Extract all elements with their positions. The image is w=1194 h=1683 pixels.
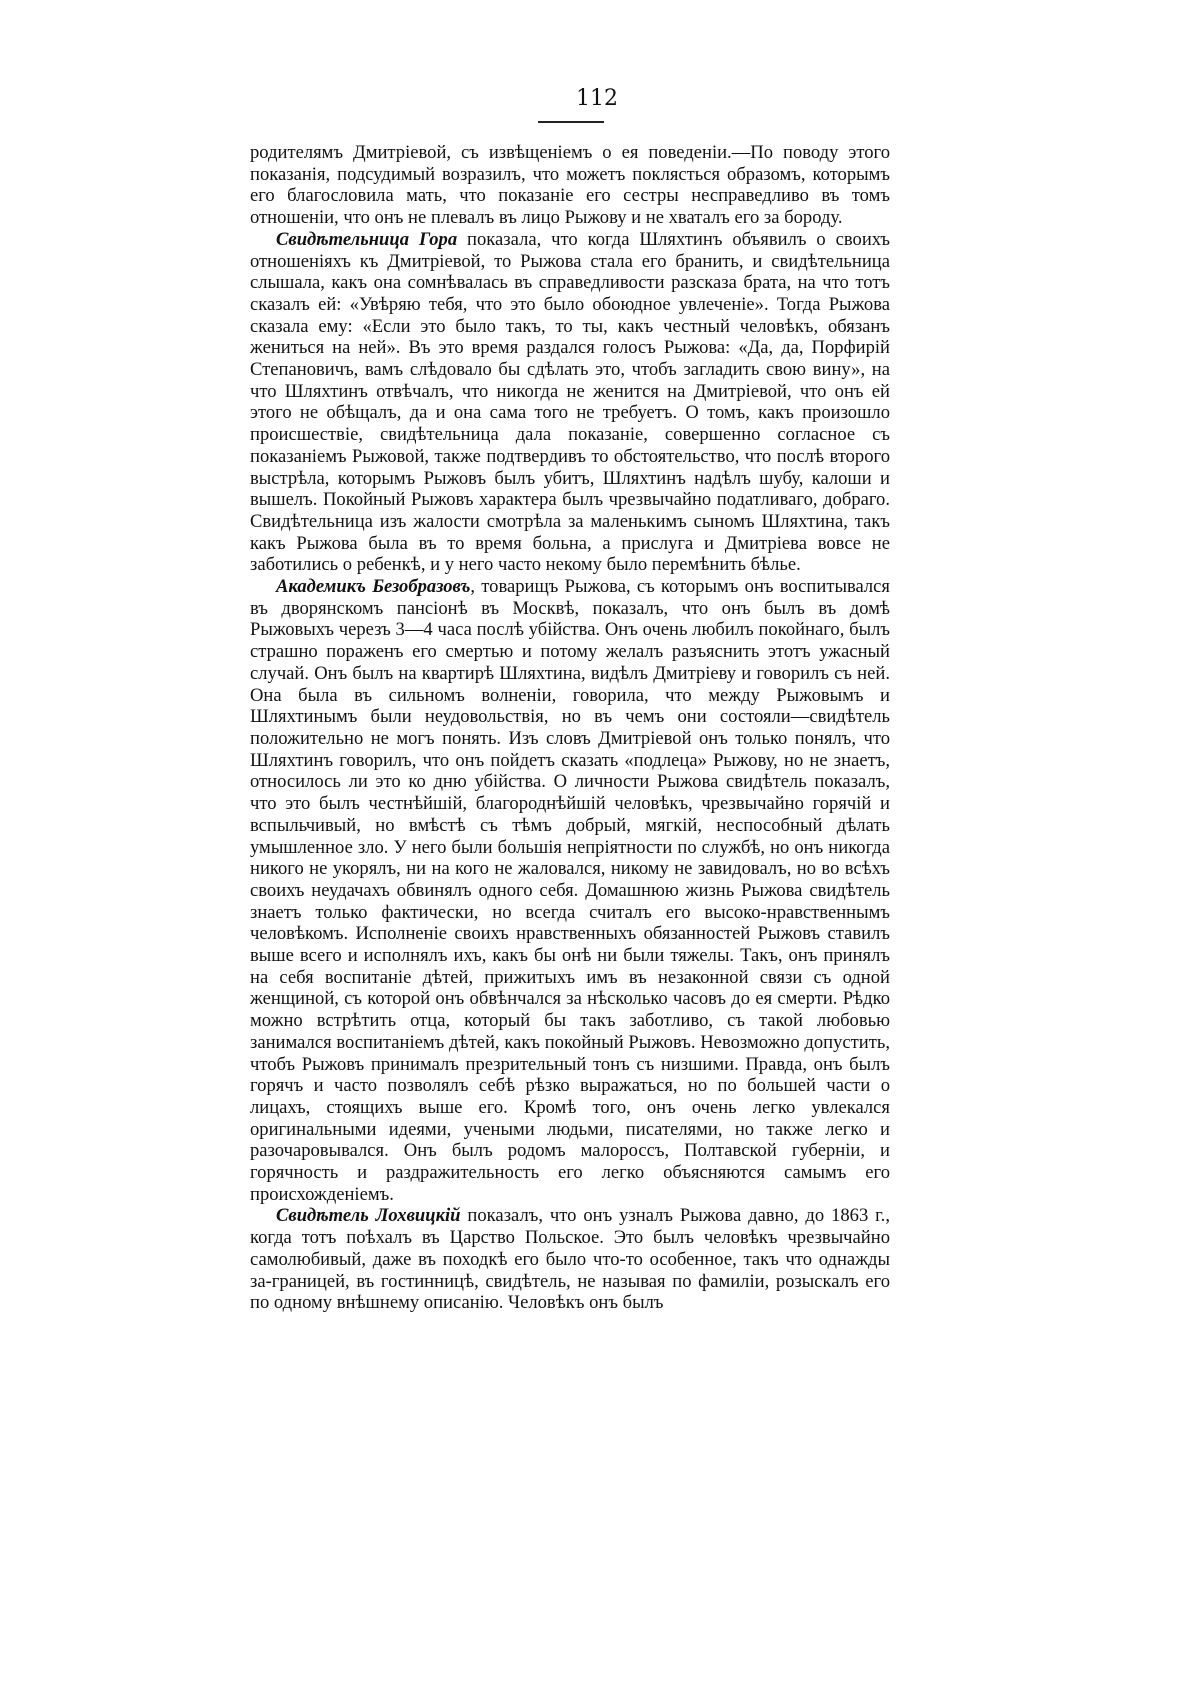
paragraph-2: Свидѣтельница Гора показала, что когда Ш… bbox=[250, 229, 890, 576]
paragraph-text: показала, что когда Шляхтинъ объявилъ о … bbox=[250, 229, 890, 576]
paragraph-text: , товарищъ Рыжова, съ которымъ онъ воспи… bbox=[250, 576, 890, 1205]
paragraph-1: родителямъ Дмитріевой, съ извѣщеніемъ о … bbox=[250, 142, 890, 229]
witness-name: Свидѣтельница Гора bbox=[276, 229, 457, 250]
paragraph-text: родителямъ Дмитріевой, съ извѣщеніемъ о … bbox=[250, 142, 890, 228]
witness-name: Академикъ Безобразовъ bbox=[276, 576, 470, 597]
page-number: 112 bbox=[0, 86, 1194, 111]
witness-name: Свидѣтель Лохвицкій bbox=[276, 1205, 461, 1226]
page-number-rule bbox=[538, 121, 604, 123]
paragraph-3: Академикъ Безобразовъ, товарищъ Рыжова, … bbox=[250, 576, 890, 1205]
page-body: родителямъ Дмитріевой, съ извѣщеніемъ о … bbox=[250, 142, 890, 1314]
paragraph-4: Свидѣтель Лохвицкій показалъ, что онъ уз… bbox=[250, 1205, 890, 1314]
